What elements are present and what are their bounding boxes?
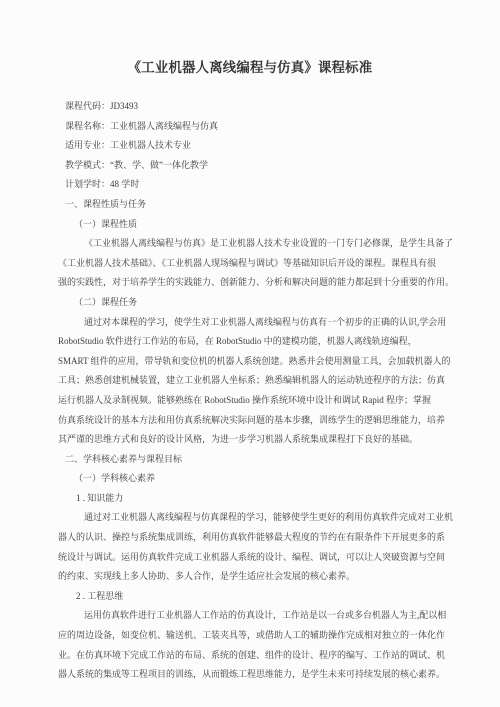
meta-line-hours: 计划学时：48 学时 — [58, 175, 450, 195]
paragraph-line: 通过对本课程的学习，使学生对工业机器人离线编程与仿真有一个初步的正确的认识,学会… — [58, 313, 450, 333]
paragraph-line: 的约束、实现线上多人协助、多人合作，是学生适应社会发展的核心素养。 — [58, 567, 450, 587]
paragraph-line: SMART 组件的应用，带导轨和变位机的机器人系统创建。熟悉并会使用测量工具，会… — [58, 352, 450, 372]
document-body: 课程代码：JD3493 课程名称：工业机器人离线编程与仿真 适用专业：工业机器人… — [58, 97, 450, 685]
paragraph-line: 《工业机器人技术基础》、《工业机器人现场编程与调试》等基础知识后开设的课程。课程… — [58, 254, 450, 274]
subsection-heading: （一）课程性质 — [58, 215, 450, 235]
paragraph-line: 器人系统的集成等工程项目的训练，从而锻炼工程思维能力，是学生未来可持续发展的核心… — [58, 665, 450, 685]
meta-line-course-name: 课程名称：工业机器人离线编程与仿真 — [58, 117, 450, 137]
document-page: 《工业机器人离线编程与仿真》课程标准 课程代码：JD3493 课程名称：工业机器… — [0, 0, 500, 707]
paragraph-line: 强的实践性，对于培养学生的实践能力、创新能力、分析和解决问题的能力都起到十分重要… — [58, 273, 450, 293]
meta-line-teaching-mode: 教学模式：“教、学、做”一体化教学 — [58, 156, 450, 176]
section-heading: 二、学科核心素养与课程目标 — [58, 450, 450, 470]
numbered-item-heading: 2 . 工程思维 — [58, 587, 450, 607]
document-title: 《工业机器人离线编程与仿真》课程标准 — [0, 57, 500, 76]
paragraph-line: 仿真系统设计的基本方法和用仿真系统解决实际问题的基本步骤，训练学生的逻辑思维能力… — [58, 411, 450, 431]
paragraph-line: 统设计与调试。运用仿真软件完成工业机器人系统的设计、编程、调试，可以让人突破资源… — [58, 548, 450, 568]
paragraph-line: 通过对工业机器人离线编程与仿真课程的学习，能够使学生更好的利用仿真软件完成对工业… — [58, 508, 450, 528]
paragraph-line: 应的周边设备，如变位机、输送机、工装夹具等，或借助人工的辅助操作完成相对独立的一… — [58, 626, 450, 646]
paragraph-line: 工具；熟悉创建机械装置，建立工业机器人坐标系；熟悉编辑机器人的运动轨迹程序的方法… — [58, 371, 450, 391]
paragraph-line: 《工业机器人离线编程与仿真》是工业机器人技术专业设置的一门专门必修课，是学生具备… — [58, 234, 450, 254]
paragraph-line: 器人的认识、操控与系统集成训练，利用仿真软件能够最大程度的节约在有限条件下开展更… — [58, 528, 450, 548]
meta-line-major: 适用专业：工业机器人技术专业 — [58, 136, 450, 156]
paragraph-line: 运用仿真软件进行工业机器人工作站的仿真设计，工作站是以一台或多台机器人为主,配以… — [58, 606, 450, 626]
paragraph-line: RobotStudio 软件进行工作站的布局，在 RobotStudio 中的建… — [58, 332, 450, 352]
paragraph-line: 其严谨的思维方式和良好的设计风格，为进一步学习机器人系统集成课程打下良好的基础。 — [58, 430, 450, 450]
subsection-heading: （一）学科核心素养 — [58, 469, 450, 489]
paragraph-line: 运行机器人及录制视频。能够熟练在 RobotStudio 操作系统环境中设计和调… — [58, 391, 450, 411]
meta-line-course-code: 课程代码：JD3493 — [58, 97, 450, 117]
section-heading: 一、课程性质与任务 — [58, 195, 450, 215]
numbered-item-heading: 1 . 知识能力 — [58, 489, 450, 509]
subsection-heading: （二）课程任务 — [58, 293, 450, 313]
paragraph-line: 业。在仿真环境下完成工作站的布局、系统的创建、组件的设计、程序的编写、工作站的调… — [58, 646, 450, 666]
